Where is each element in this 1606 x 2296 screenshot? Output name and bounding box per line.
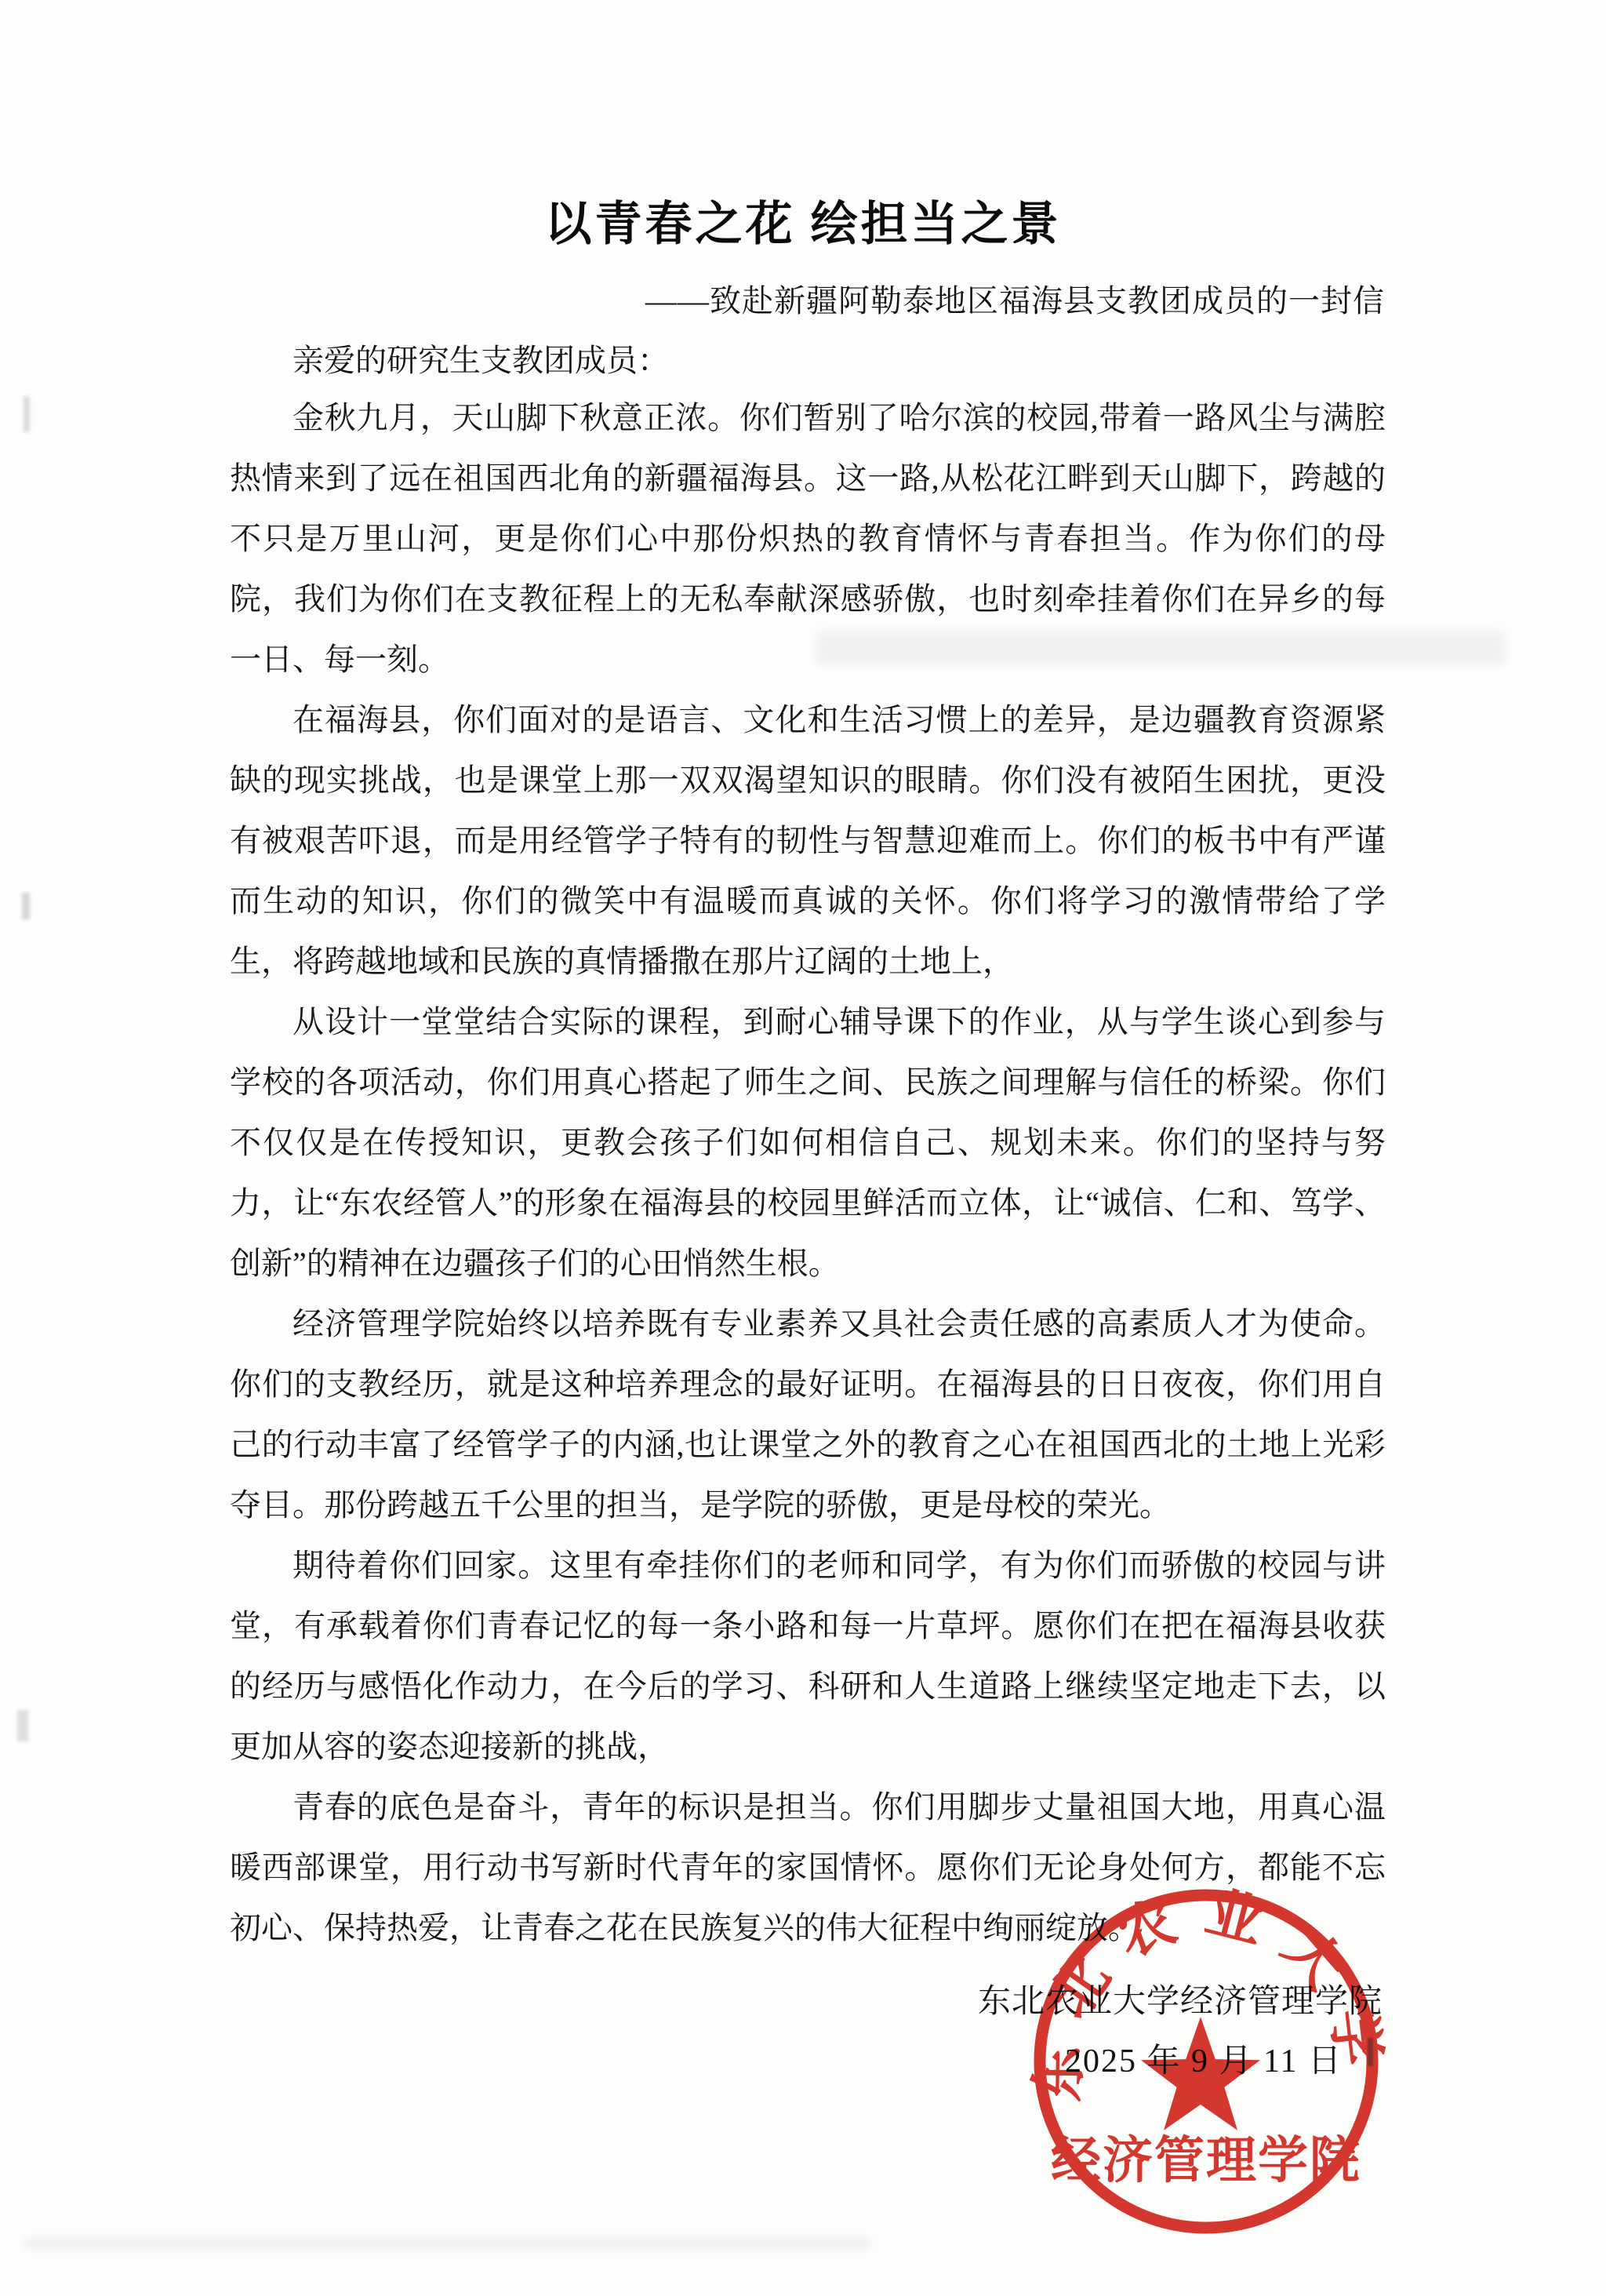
letter-page: 以青春之花 绘担当之景 ——致赴新疆阿勒泰地区福海县支教团成员的一封信 亲爱的研… [0, 0, 1606, 2296]
scan-smudge [17, 1710, 28, 1741]
official-seal: 东北农业大学 经济管理学院 [1022, 1879, 1390, 2248]
scan-smudge [22, 893, 30, 919]
letter-title: 以青春之花 绘担当之景 [0, 187, 1606, 254]
scan-smudge [24, 2237, 870, 2250]
letter-subtitle: ——致赴新疆阿勒泰地区福海县支教团成员的一封信 [645, 276, 1385, 321]
salutation: 亲爱的研究生支教团成员： [230, 336, 1386, 380]
paragraph: 从设计一堂堂结合实际的课程，到耐心辅导课下的作业，从与学生谈心到参与学校的各项活… [230, 992, 1386, 1294]
paragraph: 期待着你们回家。这里有牵挂你们的老师和同学，有为你们而骄傲的校园与讲堂，有承载着… [230, 1535, 1386, 1777]
letter-body: 金秋九月，天山脚下秋意正浓。你们暂别了哈尔滨的校园,带着一路风尘与满腔热情来到了… [230, 388, 1386, 1958]
star-icon [1141, 2017, 1260, 2130]
paragraph: 经济管理学院始终以培养既有专业素养又具社会责任感的高素质人才为使命。你们的支教经… [230, 1294, 1386, 1535]
scan-smudge [24, 396, 30, 432]
seal-bottom-text: 经济管理学院 [1051, 2133, 1361, 2189]
paragraph: 在福海县，你们面对的是语言、文化和生活习惯上的差异，是边疆教育资源紧缺的现实挑战… [230, 690, 1386, 992]
paragraph: 金秋九月，天山脚下秋意正浓。你们暂别了哈尔滨的校园,带着一路风尘与满腔热情来到了… [230, 388, 1386, 690]
